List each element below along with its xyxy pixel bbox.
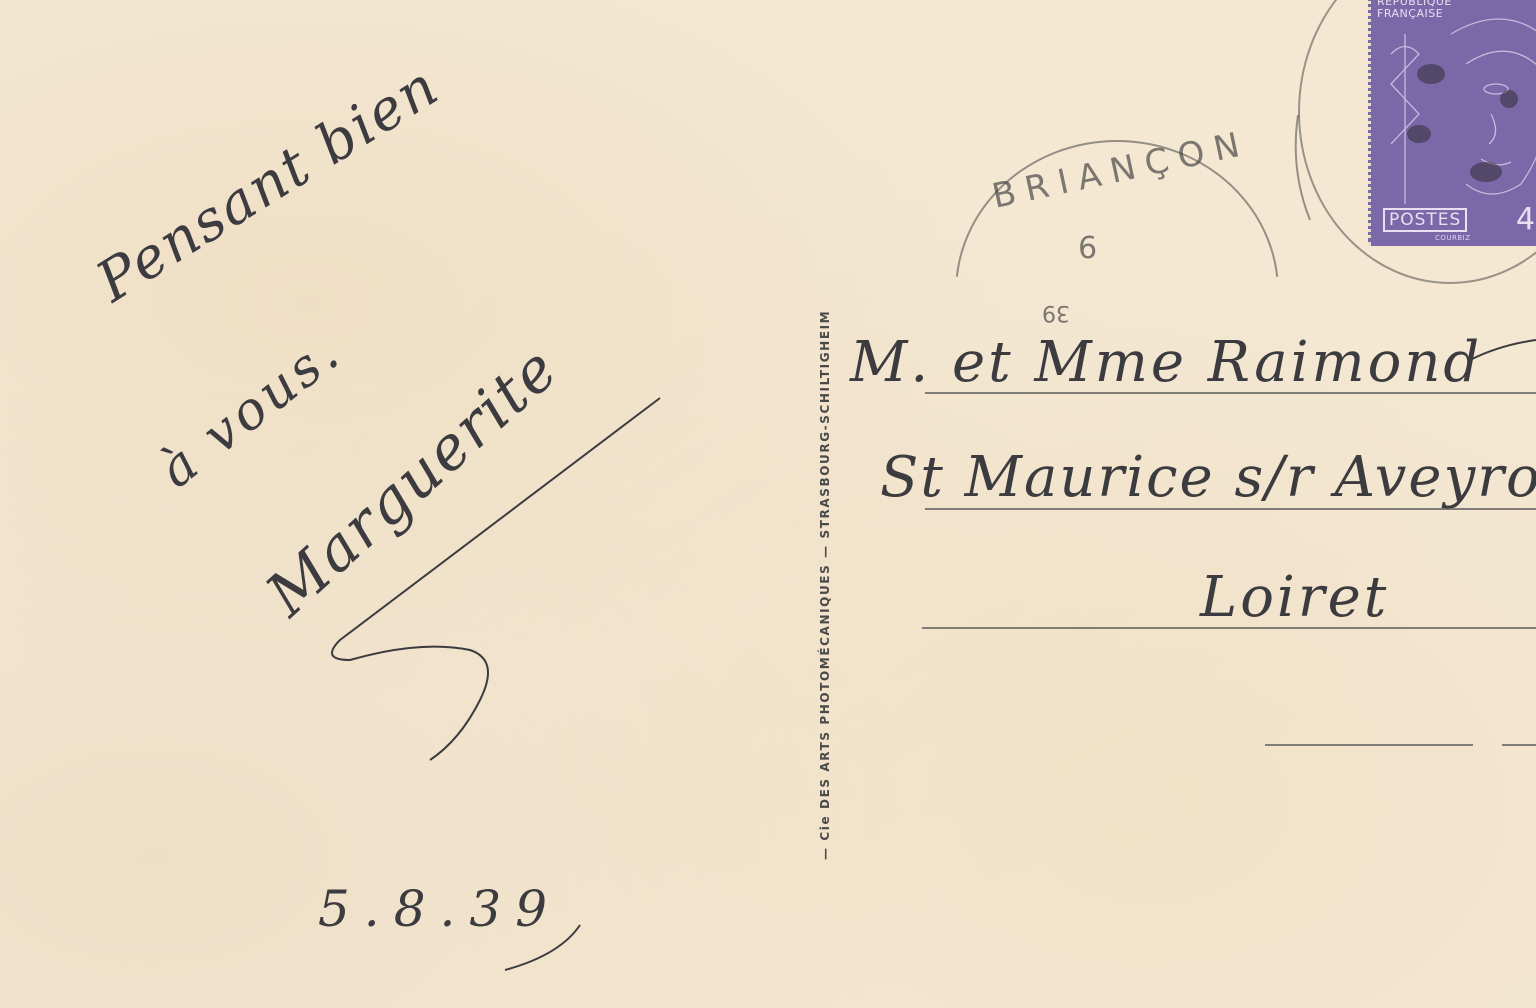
- message-line-2: à vous.: [148, 322, 353, 500]
- handwritten-date: 5.8.39: [318, 880, 561, 938]
- address-rule-4a: [1265, 744, 1473, 746]
- message-line-1: Pensant bien: [86, 53, 451, 315]
- address-line-1: M. et Mme Raimond: [850, 330, 1482, 395]
- address-line-3: Loiret: [1200, 565, 1389, 630]
- publisher-imprint: — Cie DES ARTS PHOTOMÉCANIQUES — STRASBO…: [818, 310, 832, 860]
- address-line-2: St Maurice s/r Aveyron: [880, 445, 1536, 510]
- postmark-year: 39: [1042, 300, 1070, 325]
- postmark-circle-right: [1298, 0, 1536, 284]
- address-rule-4b: [1502, 744, 1536, 746]
- postmark-day: 9: [1078, 228, 1097, 263]
